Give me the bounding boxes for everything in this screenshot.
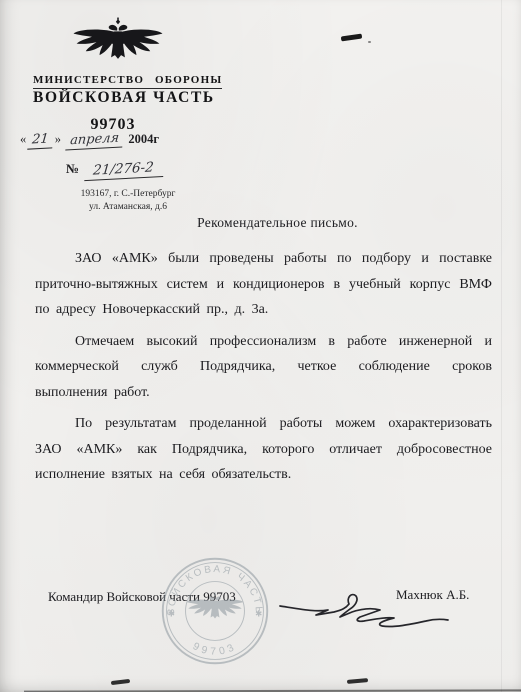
round-stamp: ВОЙСКОВАЯ ЧАСТЬ 99703 ✱ ✱ xyxy=(139,535,291,687)
military-unit-name: ВОЙСКОВАЯ ЧАСТЬ xyxy=(33,89,215,107)
date-line: «21» апреля 2004г xyxy=(20,132,159,149)
address-block: 193167, г. С.-Петербург ул. Атаманская, … xyxy=(38,188,218,213)
address-line-2: ул. Атаманская, д.6 xyxy=(38,201,218,214)
stamp-eagle-icon xyxy=(186,592,243,619)
quote-close: » xyxy=(55,132,61,146)
stamp-star-right: ✱ xyxy=(255,609,262,619)
paper-fold-line xyxy=(501,0,502,692)
ministry-eagle-emblem-icon xyxy=(72,15,164,63)
year-suffix: 2004г xyxy=(128,132,159,146)
scan-artifact-mark xyxy=(111,679,130,685)
letter-paragraph-1: ЗАО «АМК» были проведены работы по подбо… xyxy=(35,246,492,323)
handwritten-number: 21/276-2 xyxy=(84,159,164,181)
document-number-line: №21/276-2 xyxy=(66,161,164,179)
letter-body: ЗАО «АМК» были проведены работы по подбо… xyxy=(35,246,492,494)
stamp-bottom-text: 99703 xyxy=(191,641,239,658)
scan-artifact-mark xyxy=(347,678,368,684)
stamp-bottom-arc-text: 99703 xyxy=(191,641,239,658)
letter-paragraph-2: Отмечаем высокий профессионализм в работ… xyxy=(35,329,492,406)
stamp-star-left: ✱ xyxy=(168,609,175,619)
address-line-1: 193167, г. С.-Петербург xyxy=(38,188,218,201)
scanned-letter-page: МИНИСТЕРСТВО ОБОРОНЫ ВОЙСКОВАЯ ЧАСТЬ 997… xyxy=(0,0,521,692)
number-label: № xyxy=(66,161,79,176)
handwritten-day: 21 xyxy=(28,131,54,149)
letter-paragraph-3: По результатам проделанной работы можем … xyxy=(35,411,492,488)
handwritten-signature xyxy=(276,586,461,634)
ministry-name: МИНИСТЕРСТВО ОБОРОНЫ xyxy=(33,74,222,89)
scan-artifact-dot xyxy=(368,41,371,43)
scan-artifact-mark xyxy=(341,34,362,42)
handwritten-month: апреля xyxy=(65,130,123,150)
letter-title: Рекомендательное письмо. xyxy=(55,215,500,231)
quote-open: « xyxy=(20,132,26,146)
